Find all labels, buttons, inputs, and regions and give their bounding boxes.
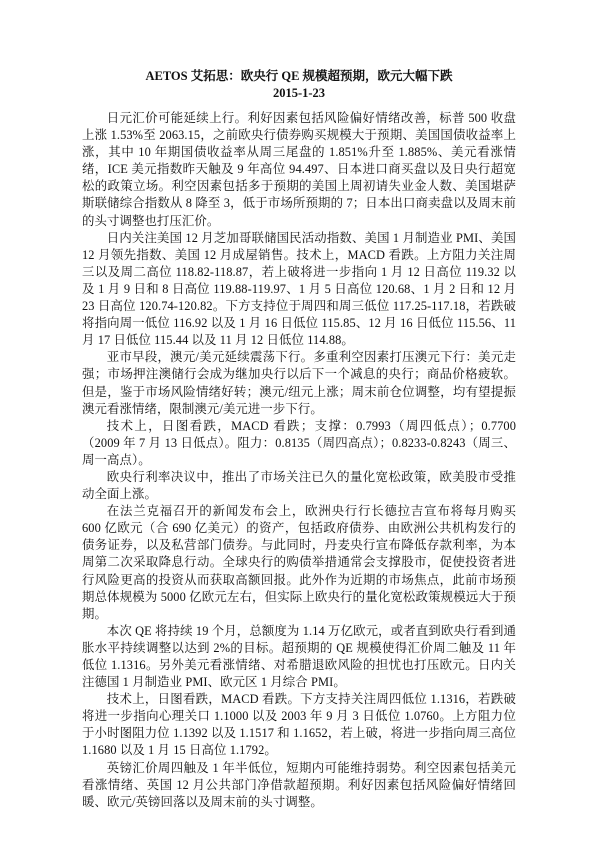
paragraph-ecb-decision: 欧央行利率决议中，推出了市场关注已久的量化宽松政策，欧美股市受推动全面上涨。: [82, 469, 516, 503]
document-date: 2015-1-23: [82, 85, 516, 102]
paragraph-qe-details: 本次 QE 将持续 19 个月，总额度为 1.14 万亿欧元，或者直到欧央行看到…: [82, 623, 516, 691]
paragraph-gbp-outlook: 英镑汇价周四触及 1 年半低位，短期内可能维持弱势。利空因素包括美元看涨情绪、英…: [82, 760, 516, 811]
paragraph-yen-outlook: 日元汇价可能延续上行。利好因素包括风险偏好情绪改善，标普 500 收盘上涨 1.…: [82, 110, 516, 230]
paragraph-ecb-press: 在法兰克福召开的新闻发布会上，欧洲央行行长德拉吉宣布将每月购买 600 亿欧元（…: [82, 503, 516, 623]
paragraph-yen-technical: 日内关注美国 12 月芝加哥联储国民活动指数、美国 1 月制造业 PMI、美国 …: [82, 230, 516, 350]
document-title: AETOS 艾拓思：欧央行 QE 规模超预期，欧元大幅下跌: [82, 68, 516, 85]
document-page: AETOS 艾拓思：欧央行 QE 规模超预期，欧元大幅下跌 2015-1-23 …: [82, 68, 516, 811]
paragraph-aud-technical: 技术上，日图看跌，MACD 看跌；支撑：0.7993（周四低点）；0.7700（…: [82, 418, 516, 469]
paragraph-aud-outlook: 亚市早段，澳元/美元延续震荡下行。多重利空因素打压澳元下行：美元走强；市场押注澳…: [82, 349, 516, 417]
paragraph-eur-technical: 技术上，日图看跌，MACD 看跌。下方支持关注周四低位 1.1316，若跌破将进…: [82, 691, 516, 759]
